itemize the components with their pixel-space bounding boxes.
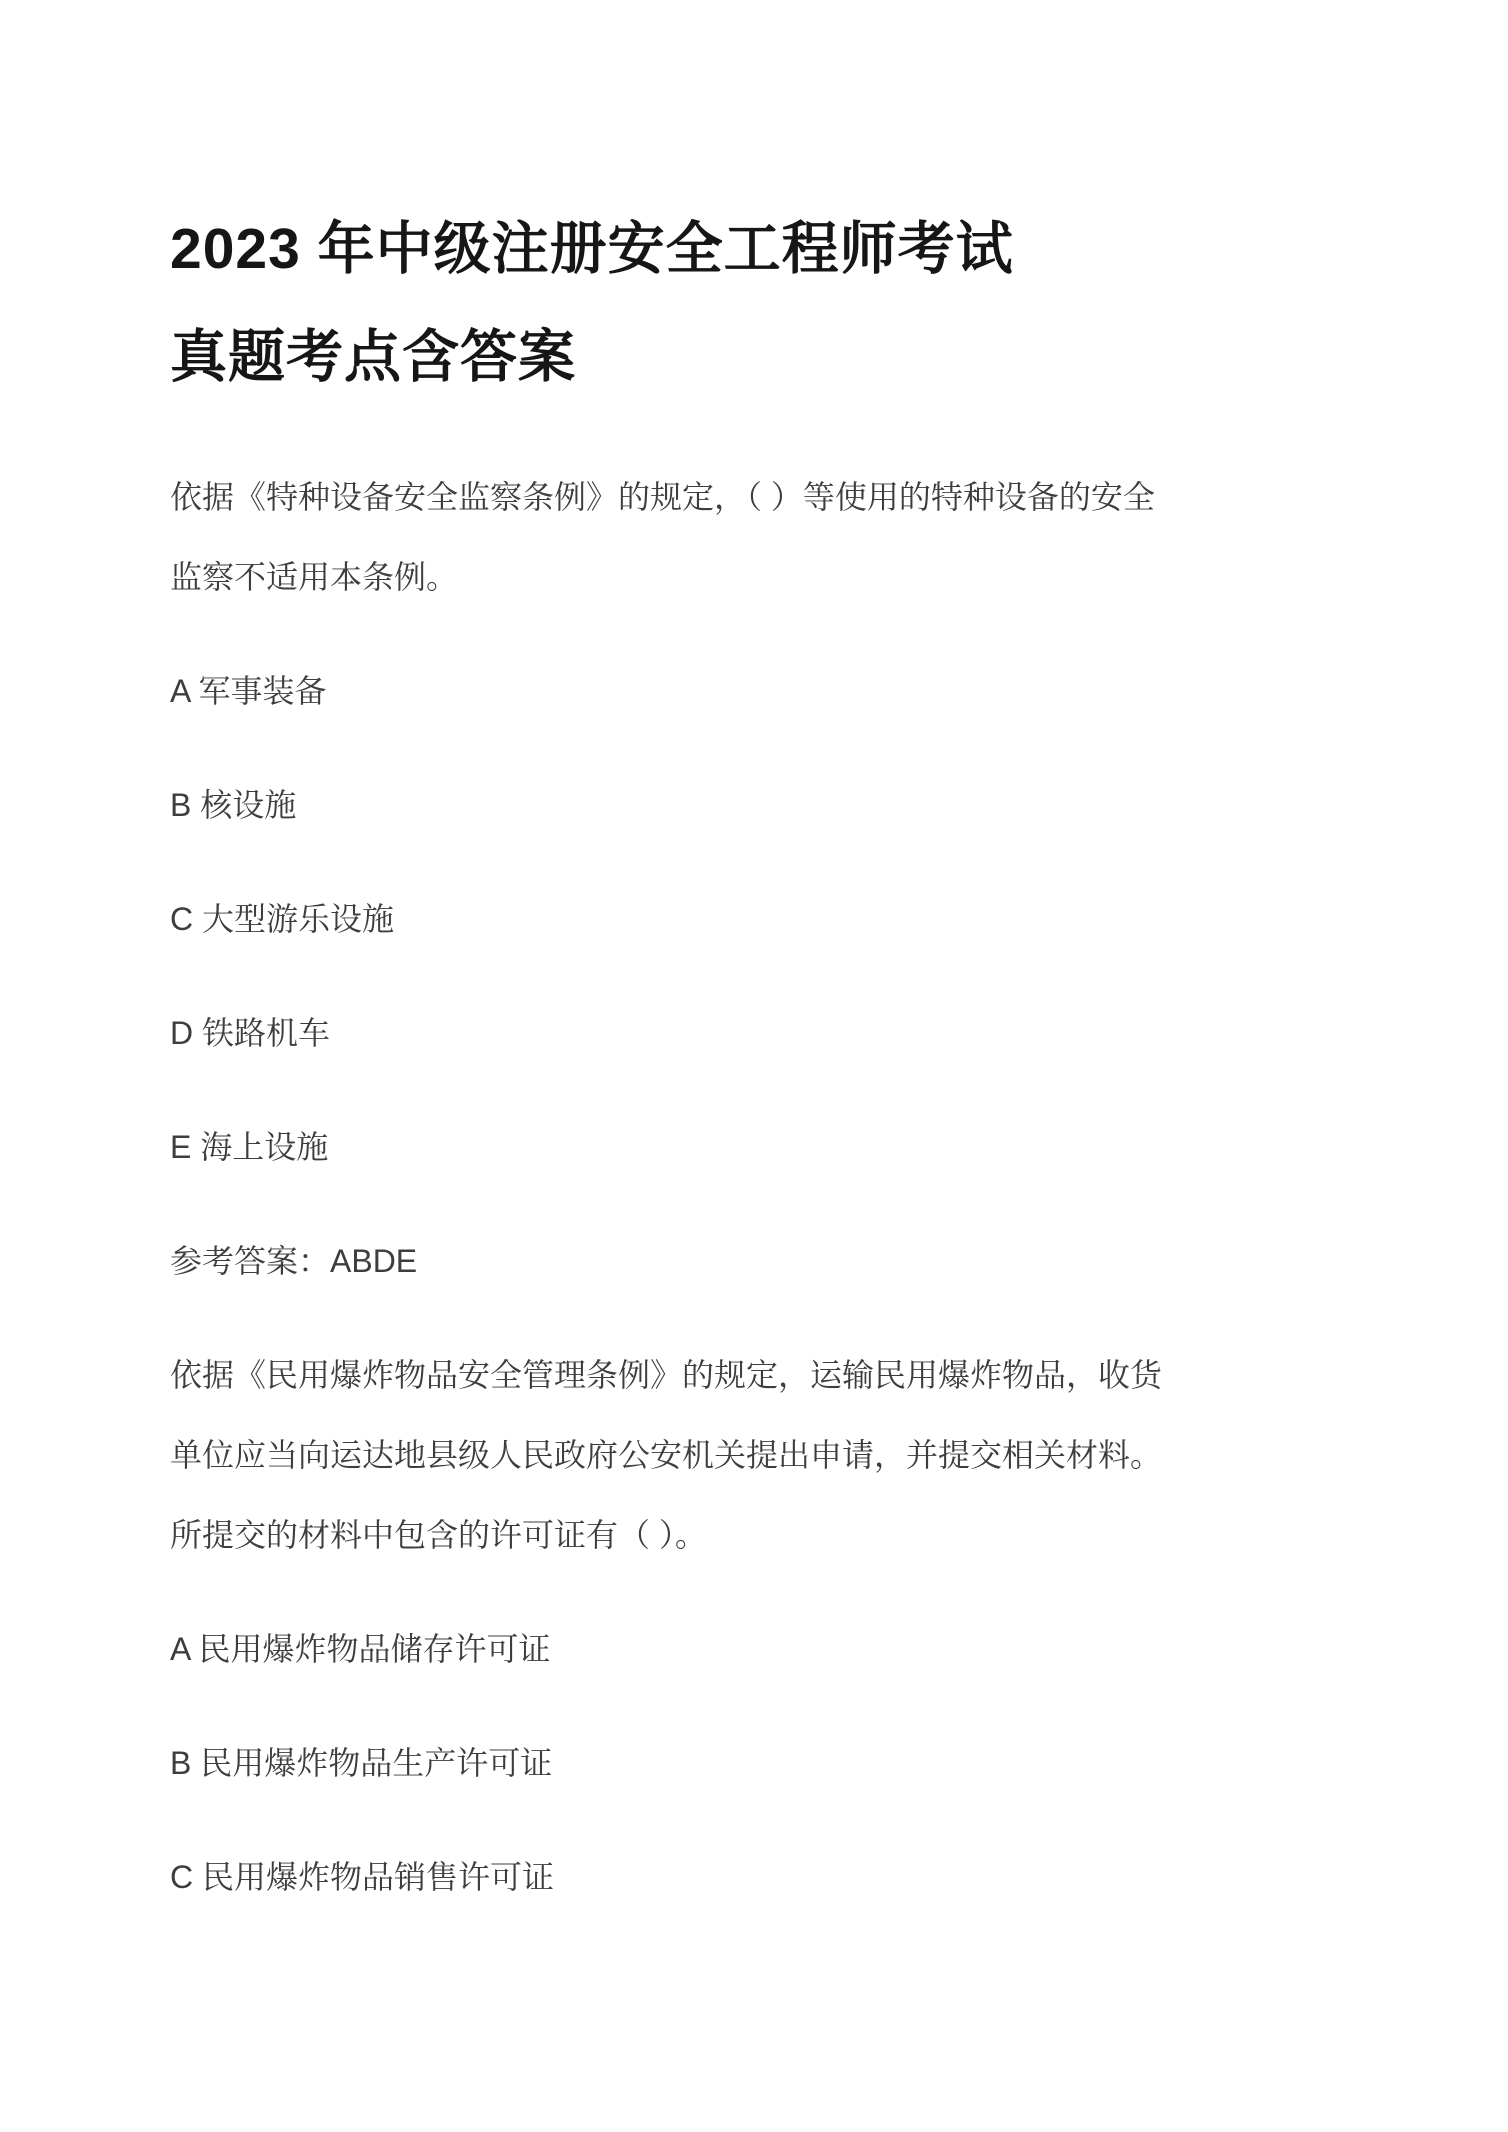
question-2-option-c: C 民用爆炸物品销售许可证 — [170, 1837, 1348, 1917]
question-1-option-c: C 大型游乐设施 — [170, 879, 1348, 959]
question-1-option-d: D 铁路机车 — [170, 993, 1348, 1073]
question-1-option-e: E 海上设施 — [170, 1107, 1348, 1187]
question-2-stem: 依据《民用爆炸物品安全管理条例》的规定，运输民用爆炸物品，收货 单位应当向运达地… — [170, 1335, 1348, 1575]
document-page: 2023 年中级注册安全工程师考试 真题考点含答案 依据《特种设备安全监察条例》… — [0, 0, 1508, 2132]
page-title: 2023 年中级注册安全工程师考试 真题考点含答案 — [170, 195, 1348, 411]
question-1-answer: 参考答案：ABDE — [170, 1221, 1348, 1301]
question-2-option-b: B 民用爆炸物品生产许可证 — [170, 1723, 1348, 1803]
question-1-stem: 依据《特种设备安全监察条例》的规定，（ ）等使用的特种设备的安全 监察不适用本条… — [170, 457, 1348, 617]
question-1-option-b: B 核设施 — [170, 765, 1348, 845]
question-2-option-a: A 民用爆炸物品储存许可证 — [170, 1609, 1348, 1689]
question-1-option-a: A 军事装备 — [170, 651, 1348, 731]
